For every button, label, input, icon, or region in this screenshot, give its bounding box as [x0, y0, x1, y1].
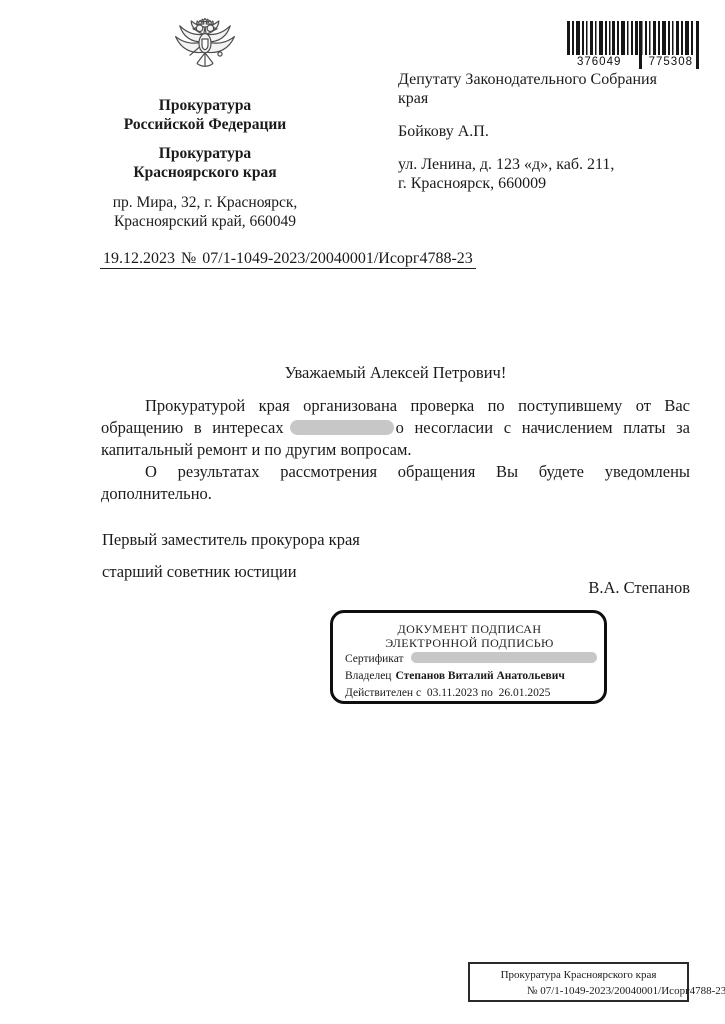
- letterhead-address: пр. Мира, 32, г. Красноярск, Красноярски…: [60, 193, 350, 231]
- esign-validity-row: Действителен с 03.11.2023 по 26.01.2025: [345, 685, 594, 701]
- esign-title-line1: ДОКУМЕНТ ПОДПИСАН: [345, 622, 594, 636]
- recipient-address-line2: г. Красноярск, 660009: [398, 174, 708, 193]
- recipient-org: Депутату Законодательного Собрания края: [398, 70, 708, 108]
- coat-of-arms-emblem: [169, 18, 241, 84]
- reference-line: 19.12.2023№07/1-1049-2023/20040001/Исорг…: [100, 250, 476, 268]
- signer-name: В.А. Степанов: [101, 578, 690, 598]
- esign-certificate-row: Сертификат: [345, 651, 594, 667]
- electronic-signature-stamp: ДОКУМЕНТ ПОДПИСАН ЭЛЕКТРОННОЙ ПОДПИСЬЮ С…: [330, 610, 607, 704]
- document-page: Прокуратура Российской Федерации Прокура…: [0, 0, 725, 1024]
- recipient-name: Бойкову А.П.: [398, 122, 708, 141]
- esign-owner-row: ВладелецСтепанов Виталий Анатольевич: [345, 668, 594, 684]
- barcode-bars: [567, 21, 701, 55]
- footer-registration-stamp: Прокуратура Красноярского края № 07/1-10…: [468, 962, 689, 1002]
- footer-stamp-number: № 07/1-1049-2023/20040001/Исорг4788-23: [527, 985, 725, 997]
- redaction-bar: [411, 652, 597, 663]
- recipient-org-line1: Депутату Законодательного Собрания: [398, 70, 708, 89]
- esign-owner-label: Владелец: [345, 670, 391, 682]
- letterhead-address-line1: пр. Мира, 32, г. Красноярск,: [60, 193, 350, 212]
- body-paragraph-2: О результатах рассмотрения обращения Вы …: [101, 461, 690, 505]
- letterhead-org-regional-line1: Прокуратура: [60, 144, 350, 163]
- letterhead-address-line2: Красноярский край, 660049: [60, 212, 350, 231]
- body-paragraph-1: Прокуратурой края организована проверка …: [101, 395, 690, 461]
- redaction-bar: [290, 420, 394, 435]
- salutation: Уважаемый Алексей Петрович!: [101, 363, 690, 383]
- reference-number-sign: №: [181, 250, 202, 267]
- letterhead-org-federal-line2: Российской Федерации: [60, 115, 350, 134]
- letterhead: Прокуратура Российской Федерации Прокура…: [60, 18, 350, 231]
- footer-stamp-org: Прокуратура Красноярского края: [470, 969, 687, 981]
- signer-position-line1: Первый заместитель прокурора края: [102, 530, 360, 550]
- barcode-guard-bar: [696, 21, 699, 69]
- barcode-number-right: 775308: [649, 56, 693, 68]
- barcode-numbers: 376049 775308: [567, 55, 701, 68]
- barcode-number-left: 376049: [577, 56, 621, 68]
- barcode: 376049 775308: [567, 21, 701, 68]
- reference-date: 19.12.2023: [100, 250, 178, 269]
- reference-number: 07/1-1049-2023/20040001/Исорг4788-23: [202, 250, 473, 267]
- recipient-block: Депутату Законодательного Собрания края …: [398, 70, 708, 207]
- barcode-guard-bar: [639, 21, 642, 69]
- recipient-org-line2: края: [398, 89, 708, 108]
- esign-owner-name: Степанов Виталий Анатольевич: [395, 670, 564, 682]
- letterhead-spacer: [60, 134, 350, 144]
- letterhead-org-regional-line2: Красноярского края: [60, 163, 350, 182]
- recipient-address-line1: ул. Ленина, д. 123 «д», каб. 211,: [398, 155, 708, 174]
- recipient-address: ул. Ленина, д. 123 «д», каб. 211, г. Кра…: [398, 155, 708, 193]
- letterhead-org-federal-line1: Прокуратура: [60, 96, 350, 115]
- esign-certificate-label: Сертификат: [345, 653, 404, 665]
- esign-title-line2: ЭЛЕКТРОННОЙ ПОДПИСЬЮ: [345, 636, 594, 650]
- letter-body: Прокуратурой края организована проверка …: [101, 395, 690, 505]
